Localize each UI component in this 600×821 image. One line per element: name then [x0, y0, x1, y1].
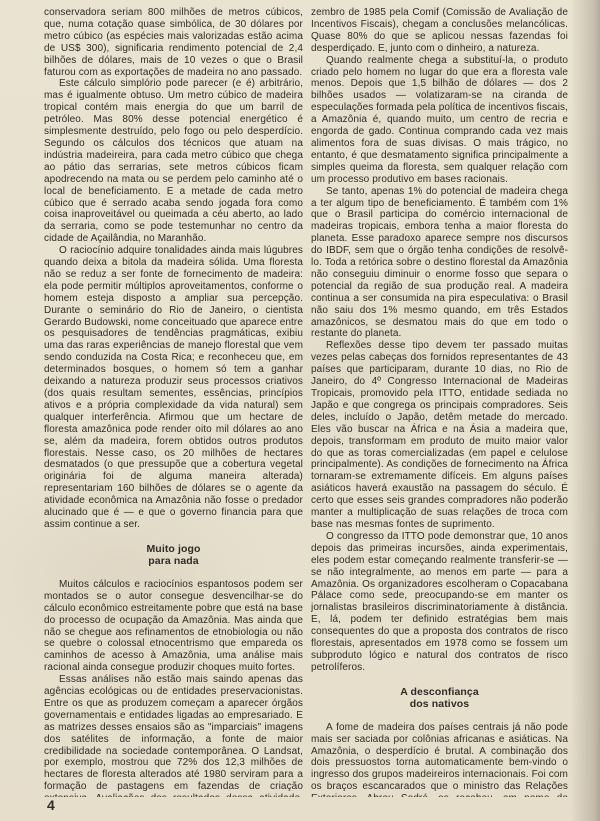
- paragraph: Quando realmente chega a substituí-la, o…: [311, 55, 568, 186]
- section-heading-desconfianca: A desconfiança dos nativos: [311, 686, 568, 711]
- paragraph: Se tanto, apenas 1% do potencial de made…: [311, 186, 568, 341]
- section-heading-line: A desconfiança: [311, 686, 568, 699]
- section-heading-muito-jogo: Muito jogo para nada: [44, 543, 303, 568]
- paragraph: O raciocínio adquire tonalidades ainda m…: [44, 245, 303, 531]
- magazine-page: conservadora seriam 800 milhões de metro…: [0, 0, 600, 821]
- section-heading-line: Muito jogo: [44, 543, 303, 556]
- paragraph: A fome de madeira dos países centrais já…: [311, 722, 568, 797]
- paragraph: zembro de 1985 pela Comif (Comissão de A…: [311, 7, 568, 55]
- text-column-left: conservadora seriam 800 milhões de metro…: [44, 7, 303, 797]
- paragraph: Este cálculo simplório pode parecer (e é…: [44, 78, 303, 245]
- page-number: 4: [47, 797, 55, 813]
- section-heading-line: para nada: [44, 555, 303, 568]
- paragraph: Muitos cálculos e raciocínios espantosos…: [44, 579, 303, 674]
- paragraph: Essas análises não estão mais saindo ape…: [44, 674, 303, 797]
- paragraph: O congresso da ITTO pode demonstrar que,…: [311, 531, 568, 674]
- section-heading-line: dos nativos: [311, 698, 568, 711]
- paragraph: conservadora seriam 800 milhões de metro…: [44, 7, 303, 78]
- text-column-right: zembro de 1985 pela Comif (Comissão de A…: [311, 7, 568, 797]
- paragraph: Reflexões desse tipo devem ter passado m…: [311, 340, 568, 531]
